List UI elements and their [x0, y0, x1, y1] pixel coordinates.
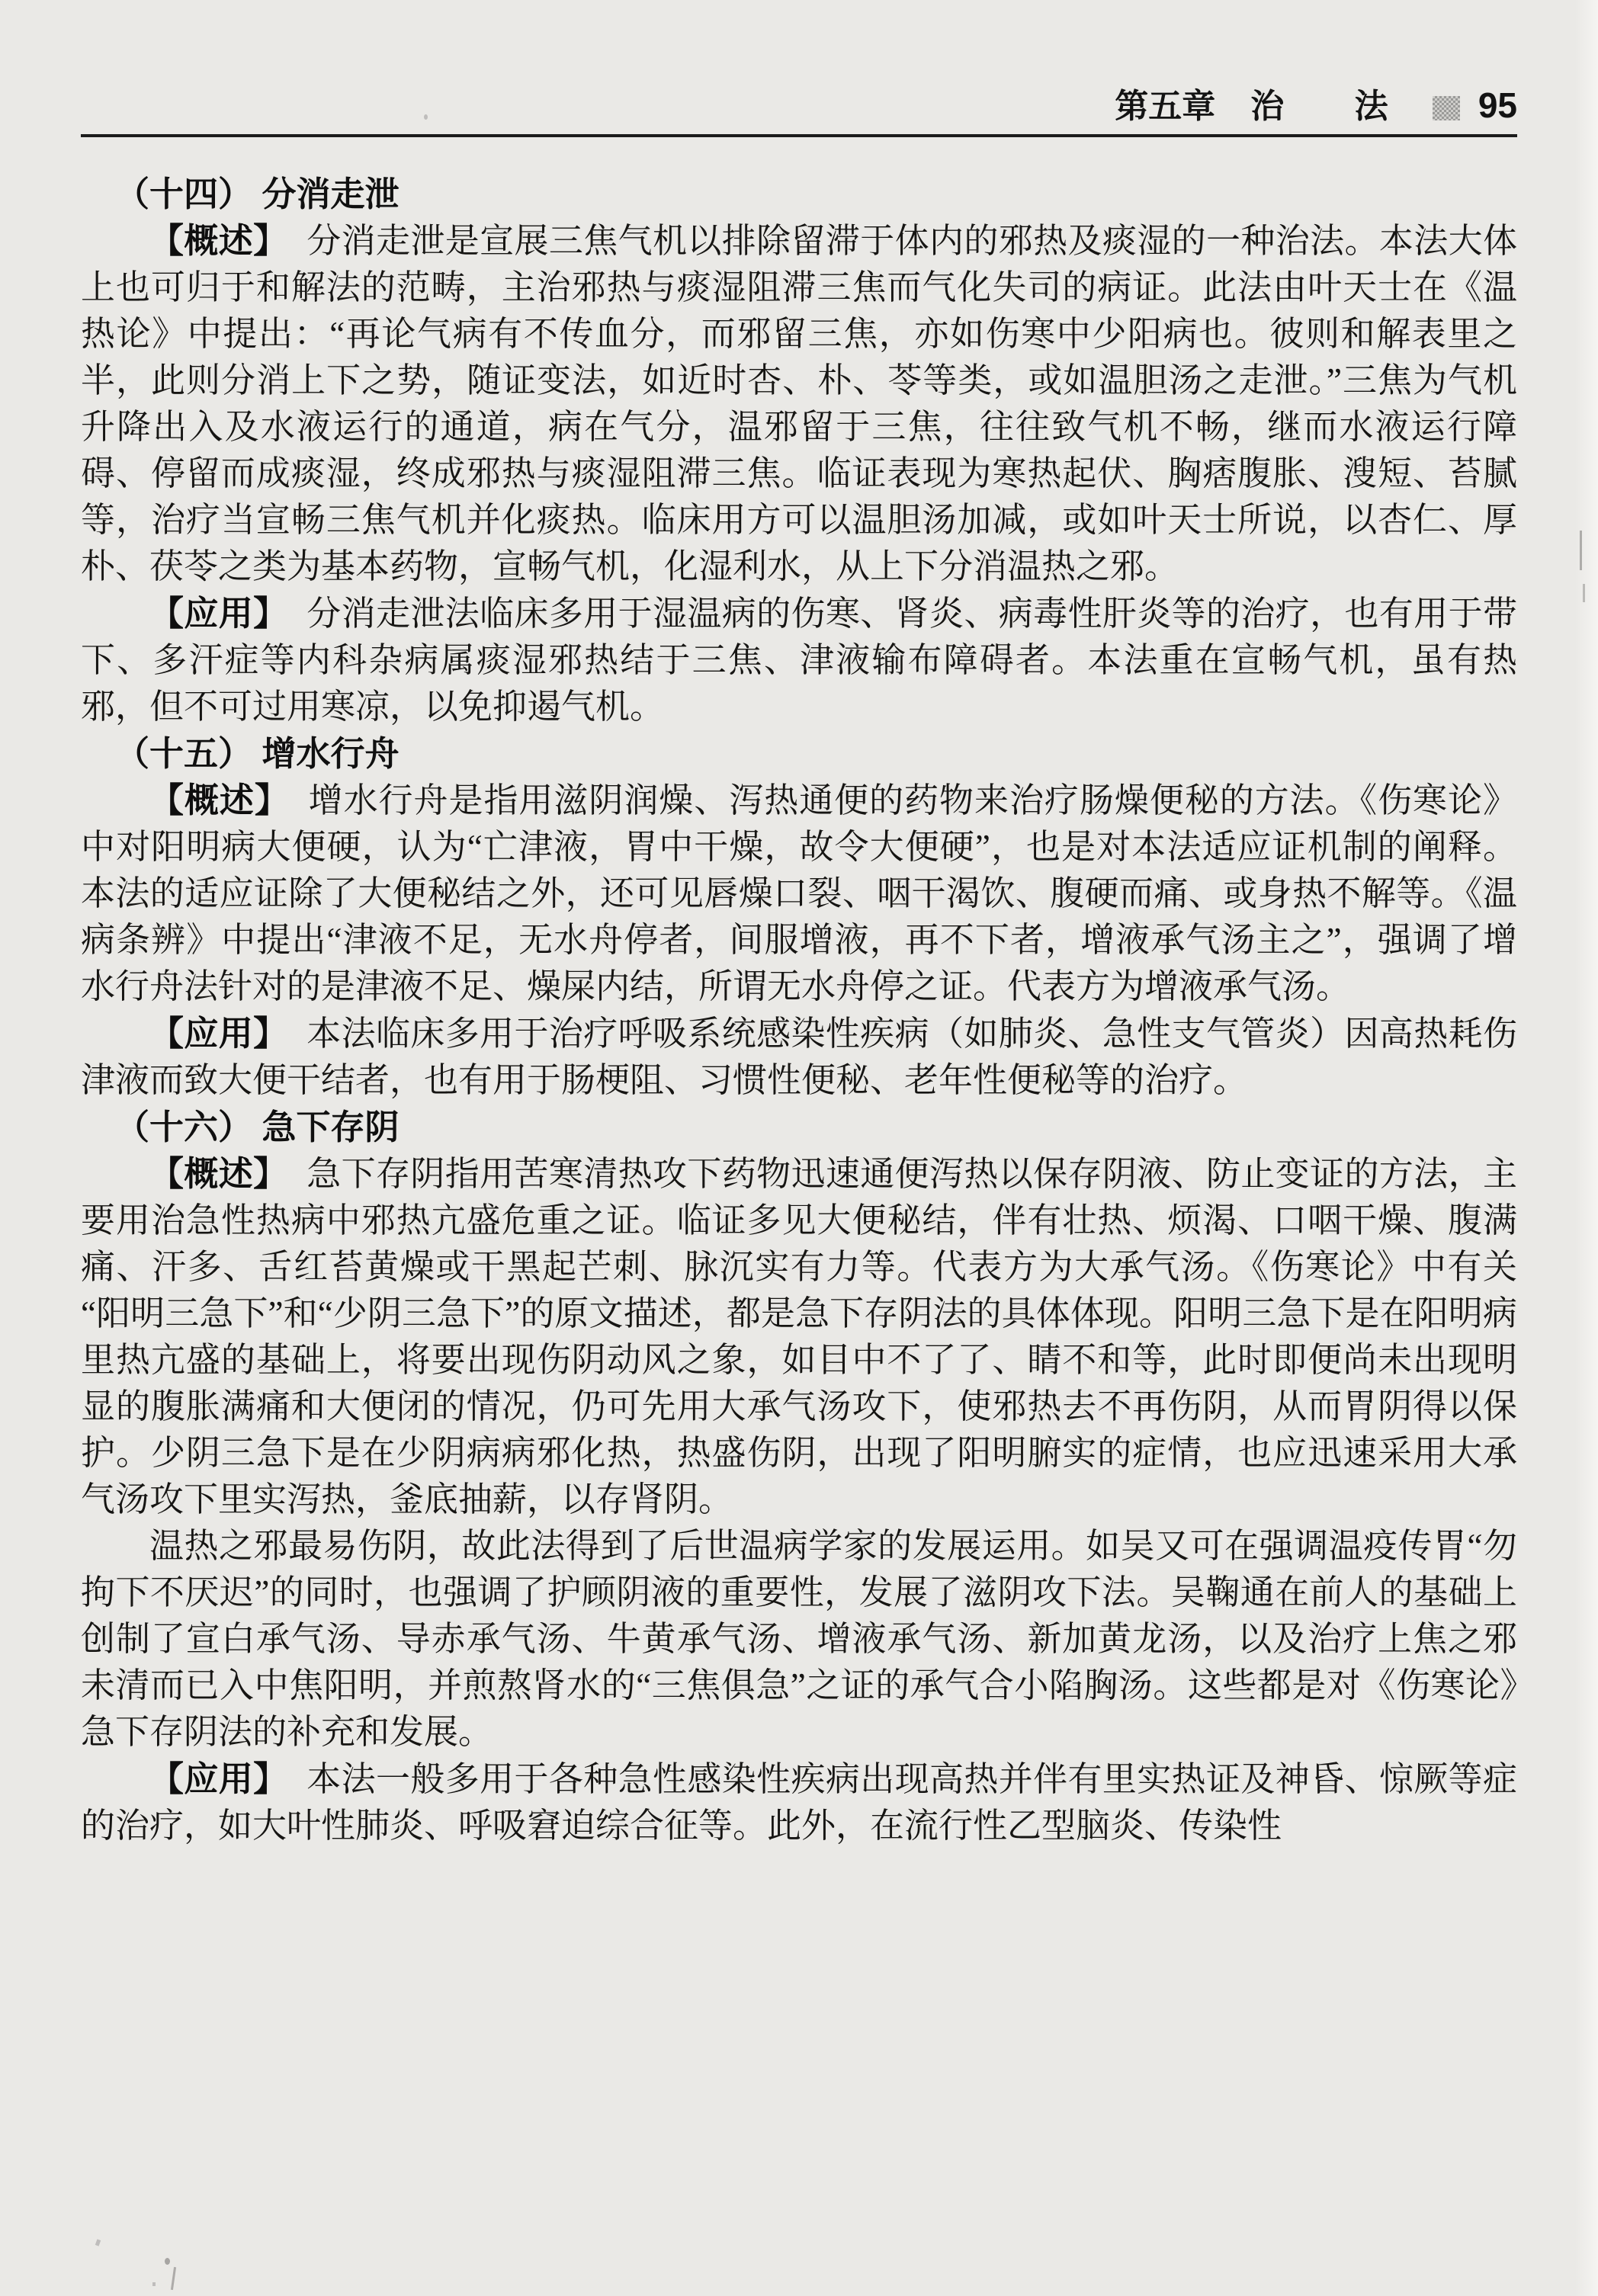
page-number-marker-icon: [1433, 96, 1460, 120]
paragraph-label: 【概述】: [149, 221, 288, 260]
section-15-overview-paragraph: 【概述】增水行舟是指用滋阴润燥、泻热通便的药物来治疗肠燥便秘的方法。《伤寒论》中…: [81, 777, 1517, 1010]
scan-artifact: [171, 2267, 176, 2290]
paragraph-text: 增水行舟是指用滋阴润燥、泻热通便的药物来治疗肠燥便秘的方法。《伤寒论》中对阳明病…: [81, 781, 1517, 1005]
running-head: 第五章 治 法 95: [81, 85, 1517, 127]
section-number: （十五）: [115, 734, 252, 773]
section-16-application-paragraph: 【应用】本法一般多用于各种急性感染性疾病出现高热并伴有里实热证及神昏、惊厥等症的…: [81, 1756, 1517, 1849]
paragraph-text: 本法临床多用于治疗呼吸系统感染性疾病（如肺炎、急性支气管炎）因高热耗伤津液而致大…: [81, 1015, 1517, 1099]
section-14: （十四） 分消走泄 【概述】分消走泄是宣展三焦气机以排除留滞于体内的邪热及痰湿的…: [81, 171, 1517, 730]
section-number: （十六）: [115, 1108, 252, 1146]
paragraph-text: 温热之邪最易伤阴，故此法得到了后世温病学家的发展运用。如吴又可在强调温疫传胃“勿…: [81, 1527, 1517, 1751]
paragraph-label: 【概述】: [149, 1154, 288, 1193]
book-page: 第五章 治 法 95 （十四） 分消走泄 【概述】分消走泄是宣展三焦气机以排除留…: [0, 0, 1598, 2296]
section-15-application-paragraph: 【应用】本法临床多用于治疗呼吸系统感染性疾病（如肺炎、急性支气管炎）因高热耗伤津…: [81, 1010, 1517, 1104]
section-15-title: （十五） 增水行舟: [81, 730, 1517, 777]
section-14-title: （十四） 分消走泄: [81, 171, 1517, 217]
paragraph-text: 分消走泄法临床多用于湿温病的伤寒、肾炎、病毒性肝炎等的治疗，也有用于带下、多汗症…: [81, 595, 1517, 726]
scan-artifact: [95, 2239, 101, 2246]
section-number: （十四）: [115, 175, 252, 213]
section-name: 分消走泄: [262, 175, 399, 213]
section-name: 急下存阴: [262, 1108, 399, 1146]
page-number: 95: [1478, 85, 1517, 125]
section-16: （十六） 急下存阴 【概述】急下存阴指用苦寒清热攻下药物迅速通便泻热以保存阴液、…: [81, 1104, 1517, 1849]
scan-artifact: [1583, 584, 1585, 602]
header-rule-divider: [81, 134, 1517, 137]
paragraph-label: 【应用】: [149, 1759, 288, 1798]
section-16-overview-paragraph: 【概述】急下存阴指用苦寒清热攻下药物迅速通便泻热以保存阴液、防止变证的方法，主要…: [81, 1150, 1517, 1523]
scan-artifact: [165, 2258, 170, 2265]
paragraph-label: 【应用】: [149, 594, 288, 633]
section-14-application-paragraph: 【应用】分消走泄法临床多用于湿温病的伤寒、肾炎、病毒性肝炎等的治疗，也有用于带下…: [81, 590, 1517, 730]
paragraph-text: 分消走泄是宣展三焦气机以排除留滞于体内的邪热及痰湿的一种治法。本法大体上也可归于…: [81, 222, 1517, 585]
paragraph-label: 【应用】: [149, 1014, 288, 1053]
section-name: 增水行舟: [262, 734, 399, 773]
scan-page-edge: [1575, 0, 1598, 2296]
section-16-title: （十六） 急下存阴: [81, 1104, 1517, 1150]
paragraph-label: 【概述】: [149, 781, 290, 819]
section-15: （十五） 增水行舟 【概述】增水行舟是指用滋阴润燥、泻热通便的药物来治疗肠燥便秘…: [81, 730, 1517, 1104]
page-content: 第五章 治 法 95 （十四） 分消走泄 【概述】分消走泄是宣展三焦气机以排除留…: [0, 85, 1598, 1849]
scan-artifact: [1580, 531, 1582, 570]
section-16-development-paragraph: 温热之邪最易伤阴，故此法得到了后世温病学家的发展运用。如吴又可在强调温疫传胃“勿…: [81, 1523, 1517, 1756]
page-body: （十四） 分消走泄 【概述】分消走泄是宣展三焦气机以排除留滞于体内的邪热及痰湿的…: [81, 171, 1517, 1849]
scan-artifact: [152, 2282, 156, 2286]
paragraph-text: 急下存阴指用苦寒清热攻下药物迅速通便泻热以保存阴液、防止变证的方法，主要用治急性…: [81, 1155, 1517, 1518]
chapter-label: 第五章: [1115, 87, 1215, 127]
scan-artifact: [424, 114, 428, 120]
page-header: 第五章 治 法 95: [81, 85, 1517, 137]
chapter-title: 治 法: [1250, 87, 1407, 127]
paragraph-text: 本法一般多用于各种急性感染性疾病出现高热并伴有里实热证及神昏、惊厥等症的治疗，如…: [81, 1760, 1517, 1845]
section-14-overview-paragraph: 【概述】分消走泄是宣展三焦气机以排除留滞于体内的邪热及痰湿的一种治法。本法大体上…: [81, 217, 1517, 590]
